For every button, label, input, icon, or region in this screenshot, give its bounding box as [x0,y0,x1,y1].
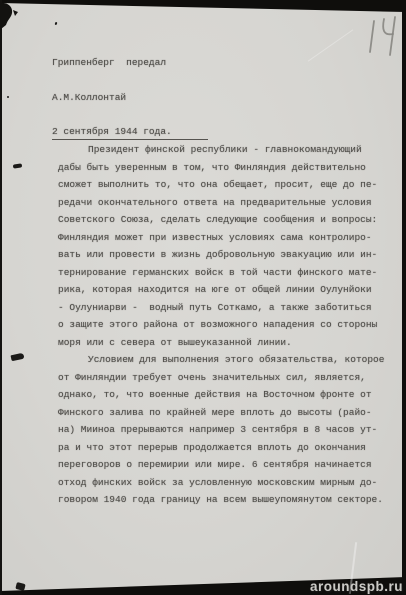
header-sender-line: Гриппенберг передал [52,57,208,69]
header-date-underlined: 2 сентября 1944 года. [52,126,208,140]
body-paragraph-2: Условием для выполнения этого обязательс… [58,351,394,509]
header-recipient-line: А.М.Коллонтай [52,92,208,104]
ink-speck [13,163,22,168]
scan-border-top [0,0,406,14]
ink-speck [7,96,9,98]
paper-crease [308,29,354,61]
header-date-line: 2 сентября 1944 года. [52,126,208,140]
ink-blob [0,2,22,32]
document-body: Президент финской республики - главноком… [58,141,394,509]
body-paragraph-1: Президент финской республики - главноком… [58,141,394,351]
scan-border-left [0,0,2,595]
document-scan: 14 Гриппенберг передал А.М.Коллонтай 2 с… [0,0,406,595]
ink-speck [11,353,25,362]
handwritten-page-number: 14 [362,12,402,56]
ink-speck [55,22,58,26]
watermark-text: aroundspb.ru [310,579,403,594]
scan-border-right [402,0,406,595]
ink-speck [15,582,25,591]
